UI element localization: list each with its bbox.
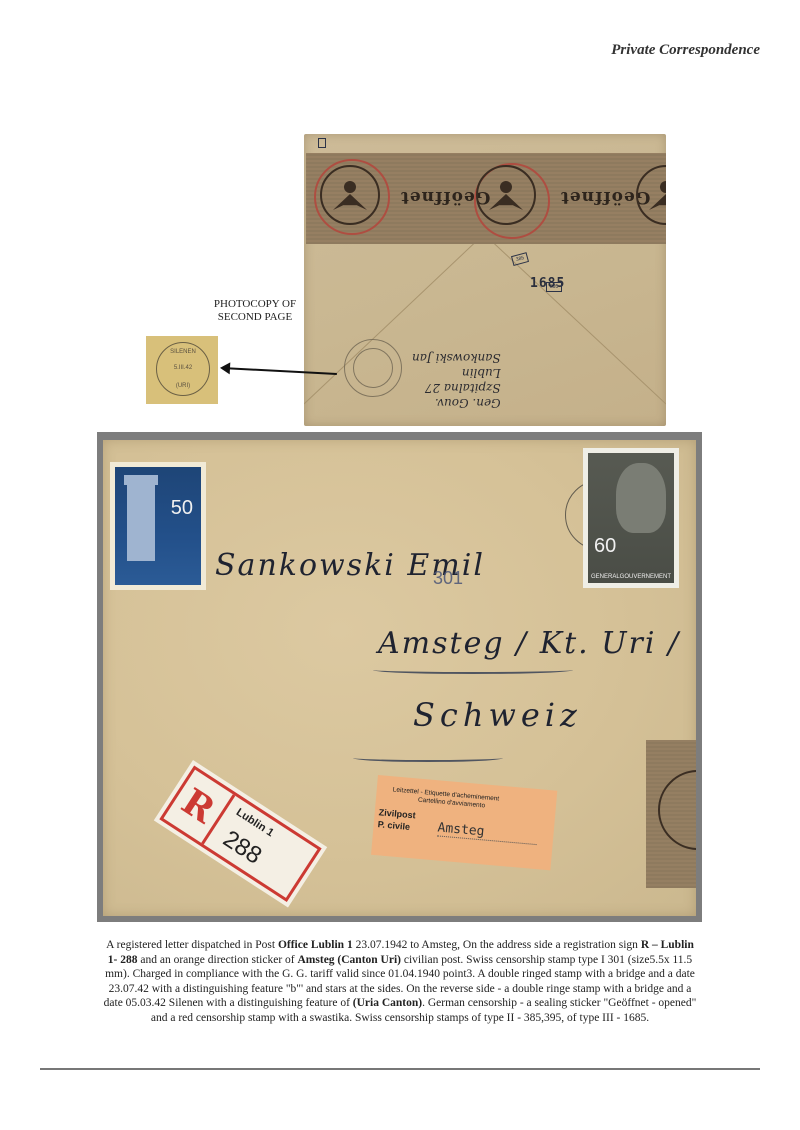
censor-mark-box: 395 (546, 282, 562, 292)
postmark-silenen (344, 339, 402, 397)
portrait-icon (616, 463, 666, 533)
envelope-front-frame: 50 GENERALGOUVERNEMENT 60 DEUTSCHES REIC… (97, 432, 702, 922)
swiss-censor-number: 301 (433, 568, 463, 589)
page-title: Private Correspondence (611, 42, 760, 59)
direction-destination: Amsteg (437, 820, 538, 845)
eagle-seal-icon (658, 770, 696, 850)
censor-mark-box: ​ (318, 138, 326, 148)
tower-icon (127, 481, 155, 561)
stamp-60: 60 DEUTSCHES REICH GENERALGOUVERNEMENT (583, 448, 679, 588)
sender-address-handwriting: Gen. Gouv. Szpitalna 27 Lublin Sankowski… (412, 350, 501, 410)
eagle-seal-icon (636, 165, 666, 225)
stamp-50: 50 GENERALGOUVERNEMENT (110, 462, 206, 590)
description-caption: A registered letter dispatched in Post O… (100, 938, 700, 1026)
direction-label: Leitzettel - Etiquette d'acheminement Ca… (371, 775, 557, 870)
registration-label: R Lublin 1 288 (154, 760, 327, 908)
envelope-front-image: 50 GENERALGOUVERNEMENT 60 DEUTSCHES REIC… (103, 440, 696, 916)
footer-divider (40, 1068, 760, 1070)
address-city: Amsteg / Kt. Uri / (378, 626, 680, 661)
handwritten-underline (353, 754, 503, 762)
registration-letter: R (174, 780, 222, 832)
eagle-seal-icon (476, 165, 536, 225)
censorship-seal-strip (646, 740, 696, 888)
handwritten-underline (373, 666, 573, 674)
postmark-icon: SILENEN 5.III.42 (URI) (156, 342, 210, 396)
address-country: Schweiz (413, 696, 582, 734)
eagle-seal-icon (320, 165, 380, 225)
censorship-seal-strip: Geöffnet Geöffnet (306, 153, 666, 244)
photocopy-label: PHOTOCOPY OF SECOND PAGE (200, 298, 310, 324)
envelope-back-image: Geöffnet Geöffnet ​ 385 1685 395 Gen. Go… (304, 134, 666, 426)
photocopy-postmark-image: SILENEN 5.III.42 (URI) (146, 336, 218, 404)
